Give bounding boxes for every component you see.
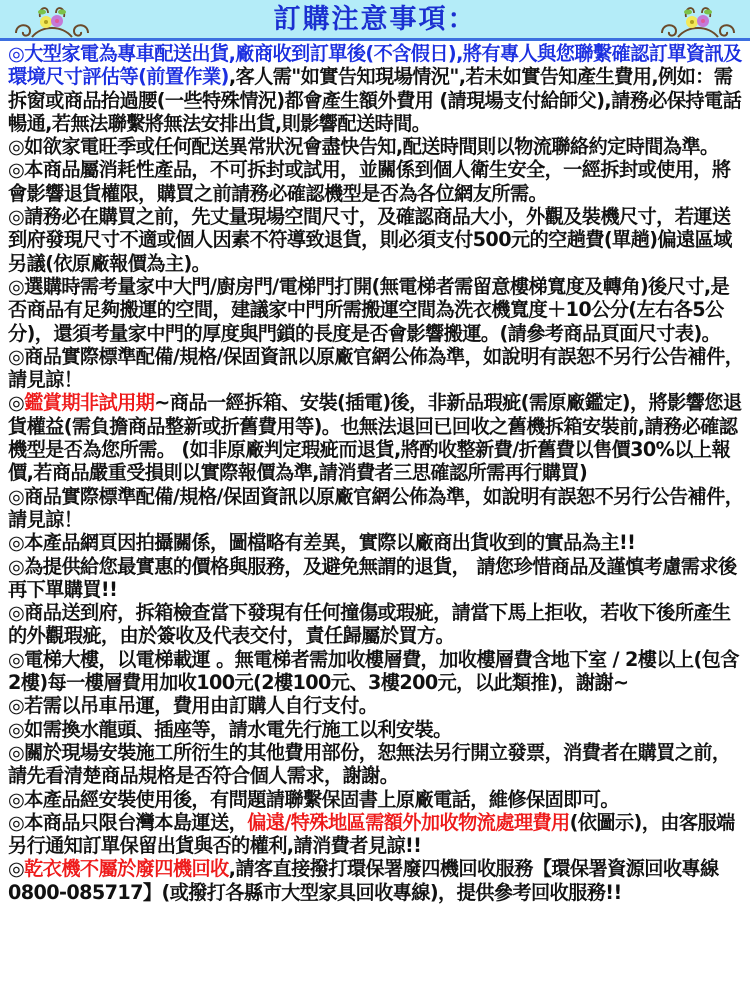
notice-item-warranty: ◎本產品經安裝使用後，有問題請聯繫保固書上原廠電話，維修保固即可。 — [8, 788, 744, 811]
notice-item-elevator-fee: ◎電梯大樓，以電梯載運 。無電梯者需加收樓層費，加收樓層費含地下室 / 2樓以上… — [8, 648, 744, 695]
notice-item-careful-purchase: ◎為提供給您最實惠的價格與服務，及避免無謂的退貨， 請您珍惜商品及謹慎考慮需求後… — [8, 555, 744, 602]
bullet-mark: ◎ — [8, 391, 24, 414]
notice-item-plumbing: ◎如需換水龍頭、插座等，請水電先行施工以利安裝。 — [8, 718, 744, 741]
notice-item-door-size: ◎選購時需考量家中大門/廚房門/電梯門打開(無電梯者需留意樓梯寬度及轉角)後尺寸… — [8, 275, 744, 345]
notice-item-peak-season: ◎如欲家電旺季或任何配送異常狀況會盡快告知,配送時間則以物流聯絡約定時間為準。 — [8, 135, 744, 158]
notice-item-spec-official-2: ◎商品實際標準配備/規格/保固資訊以原廠官網公佈為準，如說明有誤恕不另行公告補件… — [8, 485, 744, 532]
remote-area-highlight: 偏遠/特殊地區需額外加收物流處理費用 — [247, 811, 569, 834]
notice-item-spec-official: ◎商品實際標準配備/規格/保固資訊以原廠官網公佈為準，如說明有誤恕不另行公告補件… — [8, 345, 744, 392]
notice-item-recycling: ◎乾衣機不屬於廢四機回收,請客直接撥打環保署廢四機回收服務【環保署資源回收專線0… — [8, 857, 744, 904]
notice-header: 訂購注意事項： — [0, 0, 750, 41]
notice-list: ◎大型家電為專車配送出貨,廠商收到訂單後(不含假日),將有專人與您聯繫確認訂單資… — [0, 41, 750, 904]
notice-item-trial-period: ◎鑑賞期非試用期~商品一經拆箱、安裝(插電)後，非新品瑕疵(需原廠鑑定)，將影響… — [8, 391, 744, 484]
notice-item-remote-area: ◎本商品只限台灣本島運送，偏遠/特殊地區需額外加收物流處理費用(依圖示)，由客服… — [8, 811, 744, 858]
notice-item-photo-difference: ◎本產品網頁因拍攝關係，圖檔略有差異，實際以廠商出貨收到的實品為主!! — [8, 531, 744, 554]
recycling-highlight: 乾衣機不屬於廢四機回收 — [24, 857, 228, 880]
notice-item-crane: ◎若需以吊車吊運，費用由訂購人自行支付。 — [8, 694, 744, 717]
trial-period-highlight: 鑑賞期非試用期 — [24, 391, 154, 414]
notice-item-inspection: ◎商品送到府，拆箱檢查當下發現有任何撞傷或瑕疵，請當下馬上拒收，若收下後所產生的… — [8, 601, 744, 648]
page-title: 訂購注意事項： — [0, 2, 750, 38]
notice-item-measure-space: ◎請務必在購買之前，先丈量現場空間尺寸，及確認商品大小，外觀及裝機尺寸，若運送到… — [8, 205, 744, 275]
notice-item-delivery: ◎大型家電為專車配送出貨,廠商收到訂單後(不含假日),將有專人與您聯繫確認訂單資… — [8, 42, 744, 135]
floral-ornament-icon — [658, 3, 738, 39]
notice-text: ◎本商品只限台灣本島運送， — [8, 811, 247, 834]
bullet-mark: ◎ — [8, 857, 24, 880]
notice-item-invoice: ◎關於現場安裝施工所衍生的其他費用部份，恕無法另行開立發票，消費者在購買之前，請… — [8, 741, 744, 788]
notice-item-consumable: ◎本商品屬消耗性產品，不可拆封或試用，並關係到個人衛生安全，一經拆封或使用，將會… — [8, 158, 744, 205]
